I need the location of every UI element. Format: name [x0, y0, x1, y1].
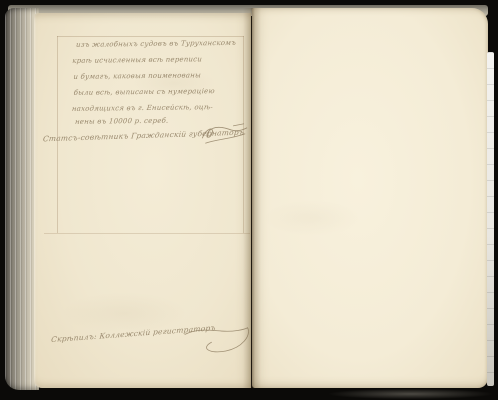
manuscript-left-page: изъ жалобныхъ судовъ въ Туруханскомъ кра… [34, 13, 251, 388]
blank-right-page [252, 8, 488, 388]
governor-signature-flourish [199, 122, 251, 151]
handwritten-line: нены въ 10000 р. сереб. [75, 117, 169, 126]
handwritten-line: краѣ исчисленныя всѣ переписи [72, 55, 202, 65]
handwritten-text-block: изъ жалобныхъ судовъ въ Туруханскомъ кра… [32, 12, 254, 390]
clerk-signature-flourish [181, 320, 253, 361]
bottom-scan-smudge [288, 389, 492, 400]
handwritten-line: изъ жалобныхъ судовъ въ Туруханскомъ [76, 39, 237, 49]
handwritten-line: и бумагъ, каковыя поименованы [73, 71, 201, 81]
right-fore-edge-strip [487, 52, 494, 386]
handwritten-line: находящихся въ г. Енисейскѣ, оцѣ- [72, 103, 214, 113]
handwritten-line: были всѣ, выписаны съ нумераціею [73, 87, 215, 97]
archival-scan: изъ жалобныхъ судовъ въ Туруханскомъ кра… [0, 0, 498, 400]
